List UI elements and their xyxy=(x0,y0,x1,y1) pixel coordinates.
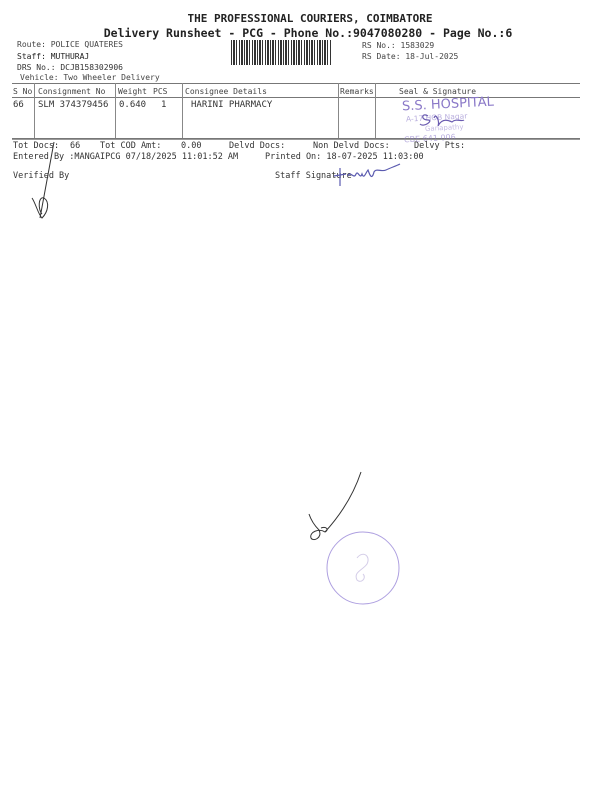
tot-cod-value: 0.00 xyxy=(181,141,201,151)
delvd-docs-label: Delvd Docs: xyxy=(229,141,285,151)
printed-on: Printed On: 18-07-2025 11:03:00 xyxy=(265,152,424,162)
header-seal-signature: Seal & Signature xyxy=(399,87,476,96)
totals-divider xyxy=(12,139,580,140)
tot-docs-value: 66 xyxy=(70,141,80,151)
staff-label: Staff: MUTHURAJ xyxy=(17,52,89,61)
header-consignee-details: Consignee Details xyxy=(185,87,267,96)
col-divider xyxy=(338,83,339,138)
verifier-signature-icon xyxy=(28,140,68,225)
runsheet-subtitle: Delivery Runsheet - PCG - Phone No.:9047… xyxy=(8,26,600,40)
row-consignment-no: SLM 374379456 xyxy=(38,100,108,110)
drs-number: DRS No.: DCJB158302906 xyxy=(17,63,123,72)
row-s-no: 66 xyxy=(13,100,24,110)
round-stamp-icon xyxy=(323,528,403,608)
row-weight: 0.640 xyxy=(119,100,146,110)
non-delvd-docs-label: Non Delvd Docs: xyxy=(313,141,390,151)
row-pcs: 1 xyxy=(161,100,166,110)
col-divider xyxy=(182,83,183,138)
header-s-no: S No xyxy=(13,87,32,96)
row-consignee: HARINI PHARMACY xyxy=(191,100,272,110)
route-label: Route: POLICE QUATERES xyxy=(17,40,123,49)
rs-date: RS Date: 18-Jul-2025 xyxy=(362,52,458,61)
vehicle-label: Vehicle: Two Wheeler Delivery xyxy=(20,73,160,82)
header-pcs: PCS xyxy=(153,87,167,96)
col-divider xyxy=(375,83,376,138)
header-weight: Weight xyxy=(118,87,147,96)
table-top-border xyxy=(12,83,580,84)
table-header-border xyxy=(12,97,580,98)
company-title: THE PROFESSIONAL COURIERS, COIMBATORE xyxy=(10,12,600,25)
col-divider xyxy=(115,83,116,138)
tot-cod-label: Tot COD Amt: xyxy=(100,141,161,151)
header-remarks: Remarks xyxy=(340,87,374,96)
header-consignment-no: Consignment No xyxy=(38,87,105,96)
col-divider xyxy=(34,83,35,138)
staff-signature-icon xyxy=(330,162,410,190)
rs-number: RS No.: 1583029 xyxy=(362,41,434,50)
delvy-pts-label: Delvy Pts: xyxy=(414,141,465,151)
barcode-icon xyxy=(231,40,331,65)
stamp-signature-icon xyxy=(418,108,468,132)
